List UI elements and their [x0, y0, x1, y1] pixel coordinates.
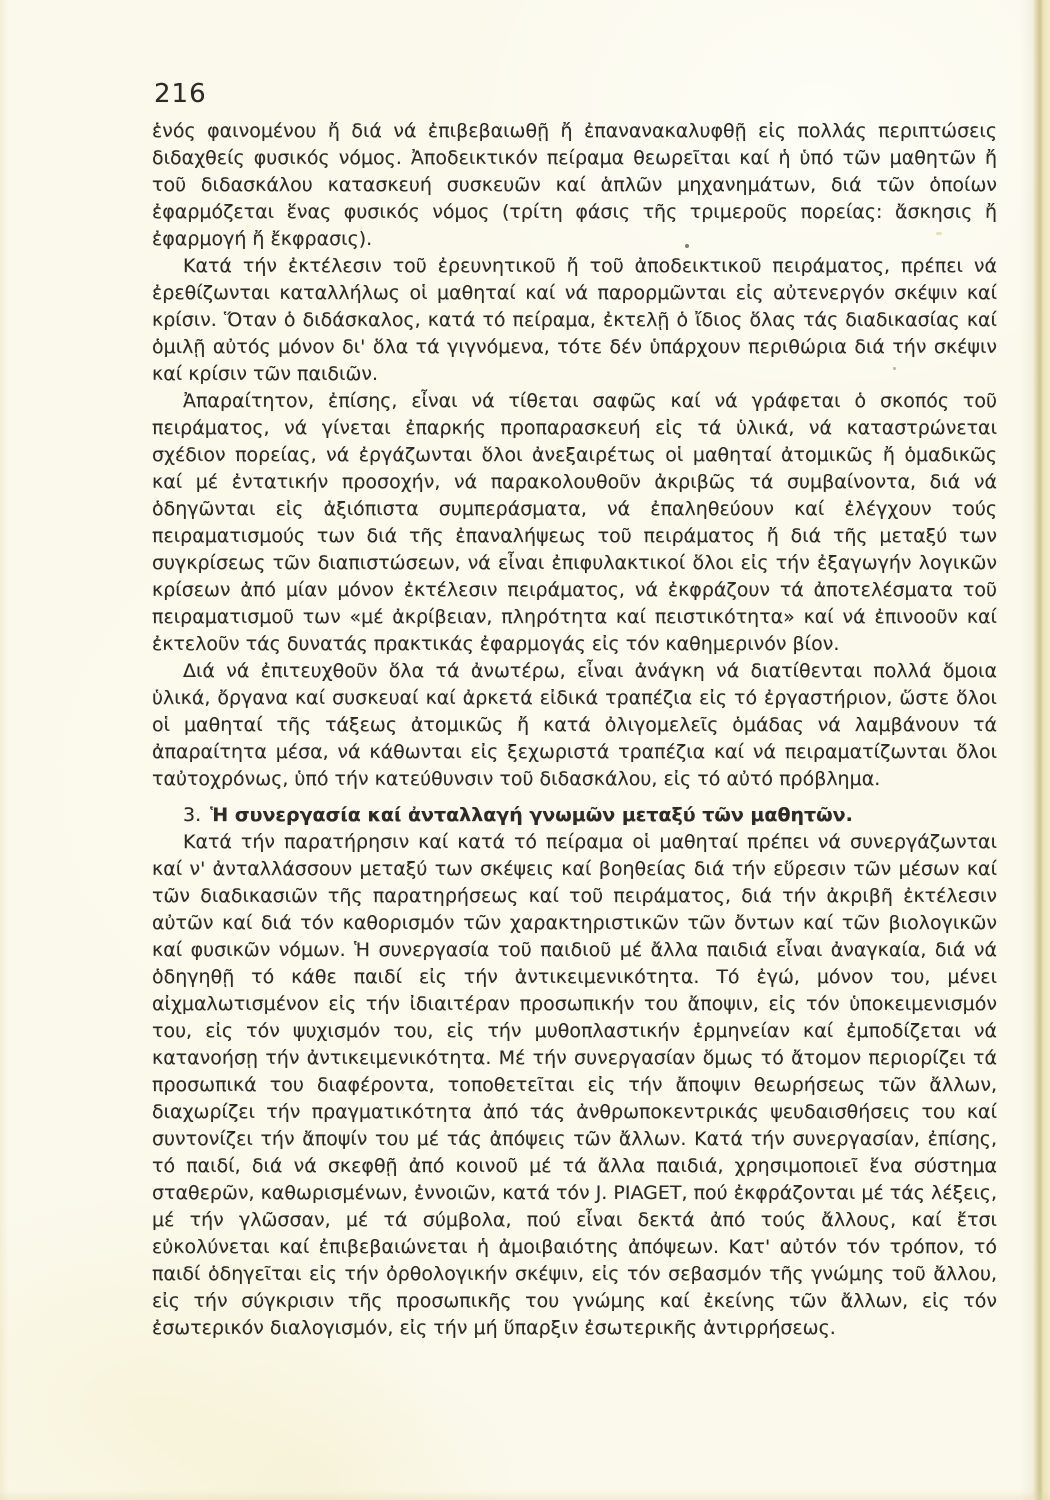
section-heading-text: Ἡ συνεργασία καί ἀνταλλαγή γνωμῶν μεταξύ… [210, 804, 853, 826]
paragraph: Διά νά ἐπιτευχθοῦν ὅλα τά ἀνωτέρω, εἶναι… [152, 658, 997, 793]
section-heading: 3.Ἡ συνεργασία καί ἀνταλλαγή γνωμῶν μετα… [152, 802, 997, 829]
text-content: 216 ἑνός φαινομένου ἤ διά νά ἐπιβεβαιωθῇ… [152, 80, 997, 1342]
paragraph: Ἀπαραίτητον, ἐπίσης, εἶναι νά τίθεται σα… [152, 388, 997, 658]
page-number: 216 [154, 80, 997, 108]
page-edge-shadow-right [1020, 0, 1050, 1500]
paragraph: Κατά τήν παρατήρησιν καί κατά τό πείραμα… [152, 829, 997, 1342]
scanned-book-page: 216 ἑνός φαινομένου ἤ διά νά ἐπιβεβαιωθῇ… [0, 0, 1050, 1500]
body-text: ἑνός φαινομένου ἤ διά νά ἐπιβεβαιωθῇ ἤ ἐ… [152, 118, 997, 1342]
page-edge-shadow-left [0, 0, 9, 1500]
section-heading-number: 3. [183, 804, 201, 826]
paragraph: Κατά τήν ἐκτέλεσιν τοῦ ἐρευνητικοῦ ἤ τοῦ… [152, 253, 997, 388]
paragraph: ἑνός φαινομένου ἤ διά νά ἐπιβεβαιωθῇ ἤ ἐ… [152, 118, 997, 253]
page-edge-shadow-bottom [0, 1490, 1050, 1500]
